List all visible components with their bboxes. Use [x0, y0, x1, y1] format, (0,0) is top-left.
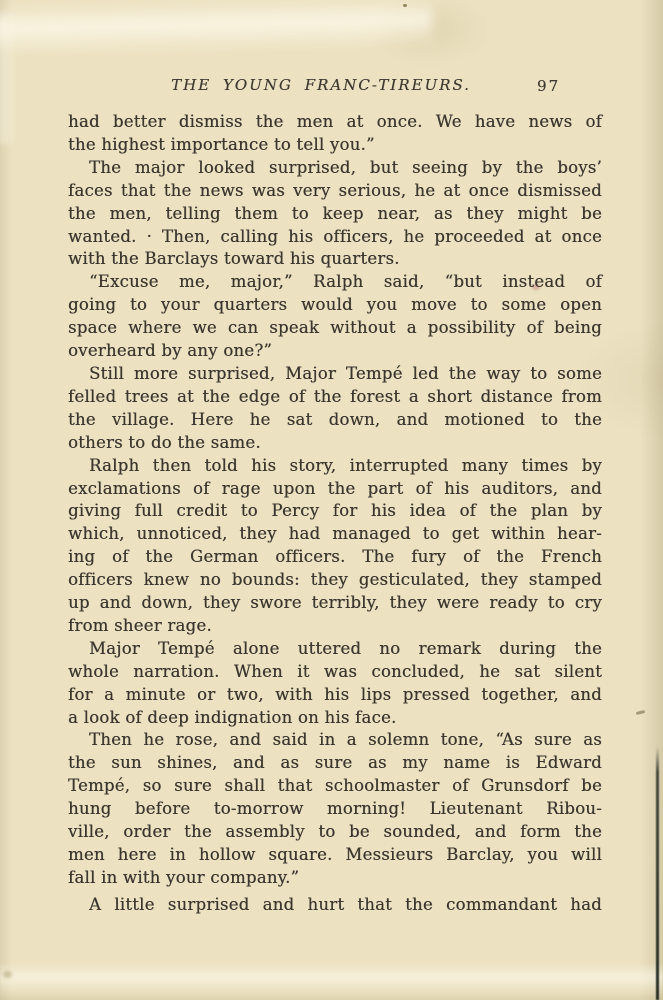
- page-number: 97: [537, 77, 560, 95]
- page-text: had better dismiss the men at once. We h…: [68, 111, 602, 917]
- text-line: for a minute or two, with his lips press…: [68, 684, 602, 707]
- text-line: Ralph then told his story, interrupted m…: [68, 455, 602, 478]
- text-line: The major looked surprised, but seeing b…: [68, 157, 602, 180]
- scan-speck: [636, 710, 645, 715]
- paragraph: Major Tempé alone uttered no remark duri…: [68, 638, 602, 730]
- text-line: the highest importance to tell you.”: [68, 134, 602, 157]
- text-line: giving full credit to Percy for his idea…: [68, 500, 602, 523]
- text-line: from sheer rage.: [68, 615, 602, 638]
- text-line: wanted. · Then, calling his officers, he…: [68, 226, 602, 249]
- paragraph: Ralph then told his story, interrupted m…: [68, 455, 602, 638]
- scan-speck: [3, 971, 12, 978]
- text-line: men here in hollow square. Messieurs Bar…: [68, 844, 602, 867]
- paragraph: “Excuse me, major,” Ralph said, “but ins…: [68, 271, 602, 363]
- scan-highlight-top-left: [0, 0, 432, 55]
- text-line: ing of the German officers. The fury of …: [68, 546, 602, 569]
- paragraph: A little surprised and hurt that the com…: [68, 894, 602, 917]
- paragraph: The major looked surprised, but seeing b…: [68, 157, 602, 272]
- text-line: Then he rose, and said in a solemn tone,…: [68, 729, 602, 752]
- text-line: with the Barclays toward his quarters.: [68, 248, 602, 271]
- text-line: going to your quarters would you move to…: [68, 294, 602, 317]
- text-line: up and down, they swore terribly, they w…: [68, 592, 602, 615]
- text-line: hung before to-morrow morning! Lieutenan…: [68, 798, 602, 821]
- text-line: overheard by any one?”: [68, 340, 602, 363]
- text-line: Tempé, so sure shall that schoolmaster o…: [68, 775, 602, 798]
- text-line: the men, telling them to keep near, as t…: [68, 203, 602, 226]
- scan-dark-edge-strip: [656, 747, 659, 1000]
- text-line: felled trees at the edge of the forest a…: [68, 386, 602, 409]
- text-line: which, unnoticed, they had managed to ge…: [68, 523, 602, 546]
- text-line: whole narration. When it was concluded, …: [68, 661, 602, 684]
- running-title: THE YOUNG FRANC-TIREURS.: [171, 76, 471, 94]
- text-line: others to do the same.: [68, 432, 602, 455]
- text-line: had better dismiss the men at once. We h…: [68, 111, 602, 134]
- text-line: space where we can speak without a possi…: [68, 317, 602, 340]
- scan-speck: [403, 4, 407, 7]
- text-line: A little surprised and hurt that the com…: [68, 894, 602, 917]
- paragraph: Still more surprised, Major Tempé led th…: [68, 363, 602, 455]
- text-line: exclamations of rage upon the part of hi…: [68, 478, 602, 501]
- text-line: Still more surprised, Major Tempé led th…: [68, 363, 602, 386]
- text-line: officers knew no bounds: they gesticulat…: [68, 569, 602, 592]
- text-line: a look of deep indignation on his face.: [68, 707, 602, 730]
- book-page: THE YOUNG FRANC-TIREURS. 97 had better d…: [0, 0, 663, 1000]
- paragraph: had better dismiss the men at once. We h…: [68, 111, 602, 157]
- text-line: the village. Here he sat down, and motio…: [68, 409, 602, 432]
- text-line: “Excuse me, major,” Ralph said, “but ins…: [68, 271, 602, 294]
- text-line: fall in with your company.”: [68, 867, 602, 890]
- scan-bottom-band: [0, 962, 663, 1000]
- text-line: the sun shines, and as sure as my name i…: [68, 752, 602, 775]
- text-line: Major Tempé alone uttered no remark duri…: [68, 638, 602, 661]
- text-line: faces that the news was very serious, he…: [68, 180, 602, 203]
- page-header: THE YOUNG FRANC-TIREURS. 97: [0, 76, 663, 98]
- paragraph: Then he rose, and said in a solemn tone,…: [68, 729, 602, 889]
- text-line: ville, order the assembly to be sounded,…: [68, 821, 602, 844]
